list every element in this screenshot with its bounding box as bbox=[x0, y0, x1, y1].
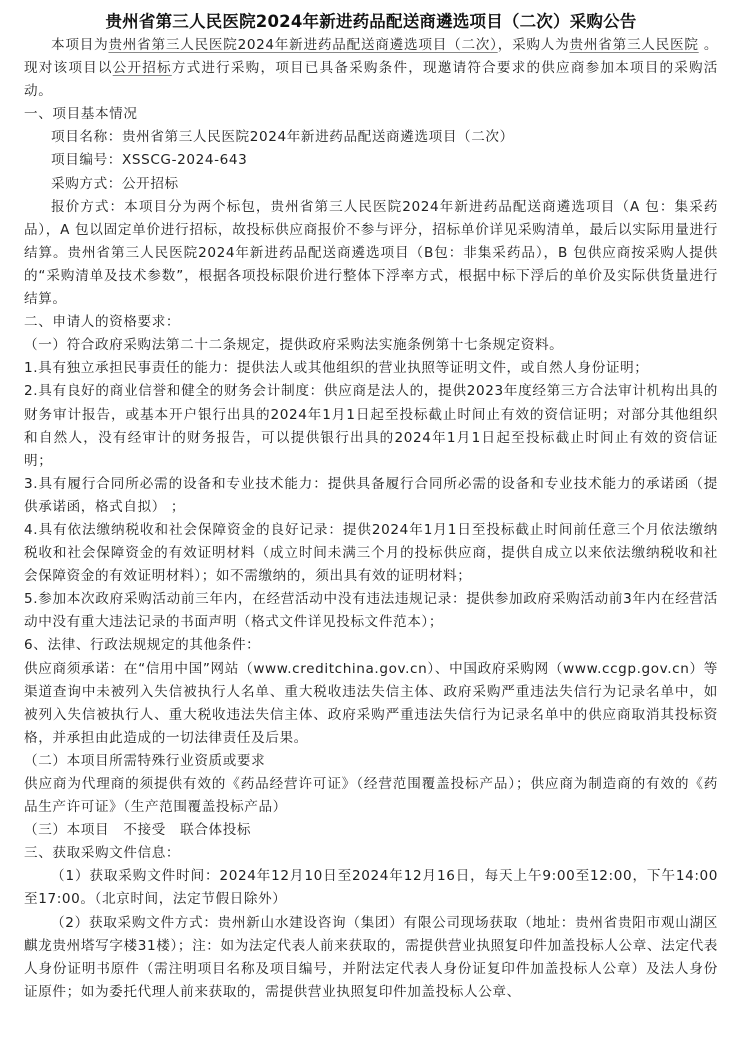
subsection-heading: （二）本项目所需特殊行业资质或要求 bbox=[24, 750, 718, 773]
intro-paragraph: 本项目为贵州省第三人民医院2024年新进药品配送商遴选项目（二次），采购人为贵州… bbox=[24, 34, 718, 103]
requirement-item: 5.参加本次政府采购活动前三年内，在经营活动中没有违法违规记录：提供参加政府采购… bbox=[24, 588, 718, 634]
qualification-text: 供应商为代理商的须提供有效的《药品经营许可证》（经营范围覆盖投标产品）；供应商为… bbox=[24, 773, 718, 819]
section-heading: 二、申请人的资格要求： bbox=[24, 311, 718, 334]
section-heading: 三、获取采购文件信息： bbox=[24, 842, 718, 865]
requirement-item: 6、法律、行政法规规定的其他条件： bbox=[24, 634, 718, 657]
quote-method: 报价方式：本项目分为两个标包，贵州省第三人民医院2024年新进药品配送商遴选项目… bbox=[24, 196, 718, 311]
procurement-method-link[interactable]: 公开招标 bbox=[113, 60, 172, 76]
project-name-link[interactable]: 贵州省第三人民医院2024年新进药品配送商遴选项目（二次） bbox=[108, 37, 497, 53]
requirement-item: 3.具有履行合同所必需的设备和专业技术能力：提供具备履行合同所必需的设备和专业技… bbox=[24, 473, 718, 519]
subsection-heading: （一）符合政府采购法第二十二条规定，提供政府采购法实施条例第十七条规定资料。 bbox=[24, 334, 718, 357]
project-name: 项目名称：贵州省第三人民医院2024年新进药品配送商遴选项目（二次） bbox=[24, 126, 718, 149]
procurement-method: 采购方式：公开招标 bbox=[24, 173, 718, 196]
announcement-document: 贵州省第三人民医院2024年新进药品配送商遴选项目（二次）采购公告 本项目为贵州… bbox=[0, 0, 738, 1004]
project-number: 项目编号：XSSCG-2024-643 bbox=[24, 149, 718, 172]
document-acquisition-method: （2）获取采购文件方式：贵州新山水建设咨询（集团）有限公司现场获取（地址：贵州省… bbox=[24, 912, 718, 1004]
purchaser-link[interactable]: 贵州省第三人民医院 bbox=[570, 37, 699, 53]
requirement-item: 4.具有依法缴纳税收和社会保障资金的良好记录：提供2024年1月1日至投标截止时… bbox=[24, 519, 718, 588]
page-title: 贵州省第三人民医院2024年新进药品配送商遴选项目（二次）采购公告 bbox=[24, 10, 718, 34]
requirement-item: 1.具有独立承担民事责任的能力：提供法人或其他组织的营业执照等证明文件，或自然人… bbox=[24, 357, 718, 380]
section-heading: 一、项目基本情况 bbox=[24, 103, 718, 126]
intro-text: ，采购人为 bbox=[498, 37, 570, 53]
subsection-heading: （三）本项目 不接受 联合体投标 bbox=[24, 819, 718, 842]
document-acquisition-time: （1）获取采购文件时间：2024年12月10日至2024年12月16日，每天上午… bbox=[24, 865, 718, 911]
supplier-promise: 供应商须承诺：在“信用中国”网站（www.creditchina.gov.cn）… bbox=[24, 658, 718, 750]
intro-text: 本项目为 bbox=[51, 37, 108, 53]
requirement-item: 2.具有良好的商业信誉和健全的财务会计制度：供应商是法人的，提供2023年度经第… bbox=[24, 380, 718, 472]
